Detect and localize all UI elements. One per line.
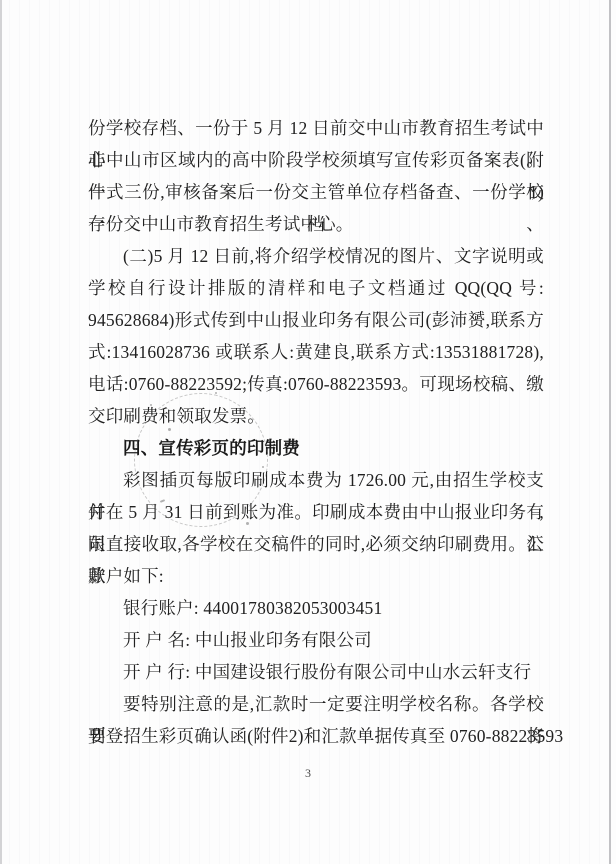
stamp-speck	[215, 392, 217, 394]
text-line: 式:13416028736 或联系人:黄建良,联系方式:13531881728)…	[88, 336, 544, 368]
stamp-speck	[262, 466, 264, 468]
text-line: 刊登招生彩页确认函(附件2)和汇款单据传真至 0760-88223593	[88, 720, 544, 752]
stamp-speck	[150, 404, 152, 406]
text-line: 要特别注意的是,汇款时一定要注明学校名称。各学校要将	[88, 688, 544, 720]
text-line: 司直接收取,各学校在交稿件的同时,必须交纳印刷费用。汇款	[88, 528, 544, 560]
scan-edge-left	[0, 0, 2, 864]
scan-edge-right	[609, 0, 611, 864]
text-line: 电话:0760-88223592;传真:0760-88223593。可现场校稿、…	[88, 368, 544, 400]
text-line: 非中山市区域内的高中阶段学校须填写宣传彩页备案表(附件1)	[88, 144, 544, 176]
account-name-line: 开 户 名: 中山报业印务有限公司	[88, 624, 544, 656]
stamp-speck	[246, 522, 249, 525]
text-line: 一式三份,审核备案后一份交主管单位存档备查、一份学校存档、	[88, 176, 544, 208]
text-line: 学校自行设计排版的清样和电子文档通过 QQ(QQ 号:	[88, 272, 544, 304]
text-line: 945628684)形式传到中山报业印务有限公司(彭沛赟,联系方	[88, 304, 544, 336]
bank-account-line: 银行账户: 44001780382053003451	[88, 592, 544, 624]
text-line: 账户如下:	[88, 560, 544, 592]
stamp-speck	[187, 452, 189, 454]
stamp-speck	[168, 428, 171, 431]
bank-branch-line: 开 户 行: 中国建设银行股份有限公司中山水云轩支行	[88, 656, 544, 688]
text-line: 份学校存档、一份于 5 月 12 日前交中山市教育招生考试中心。	[88, 112, 544, 144]
text-line: (二)5 月 12 日前,将介绍学校情况的图片、文字说明或	[88, 240, 544, 272]
page-number: 3	[0, 766, 616, 781]
